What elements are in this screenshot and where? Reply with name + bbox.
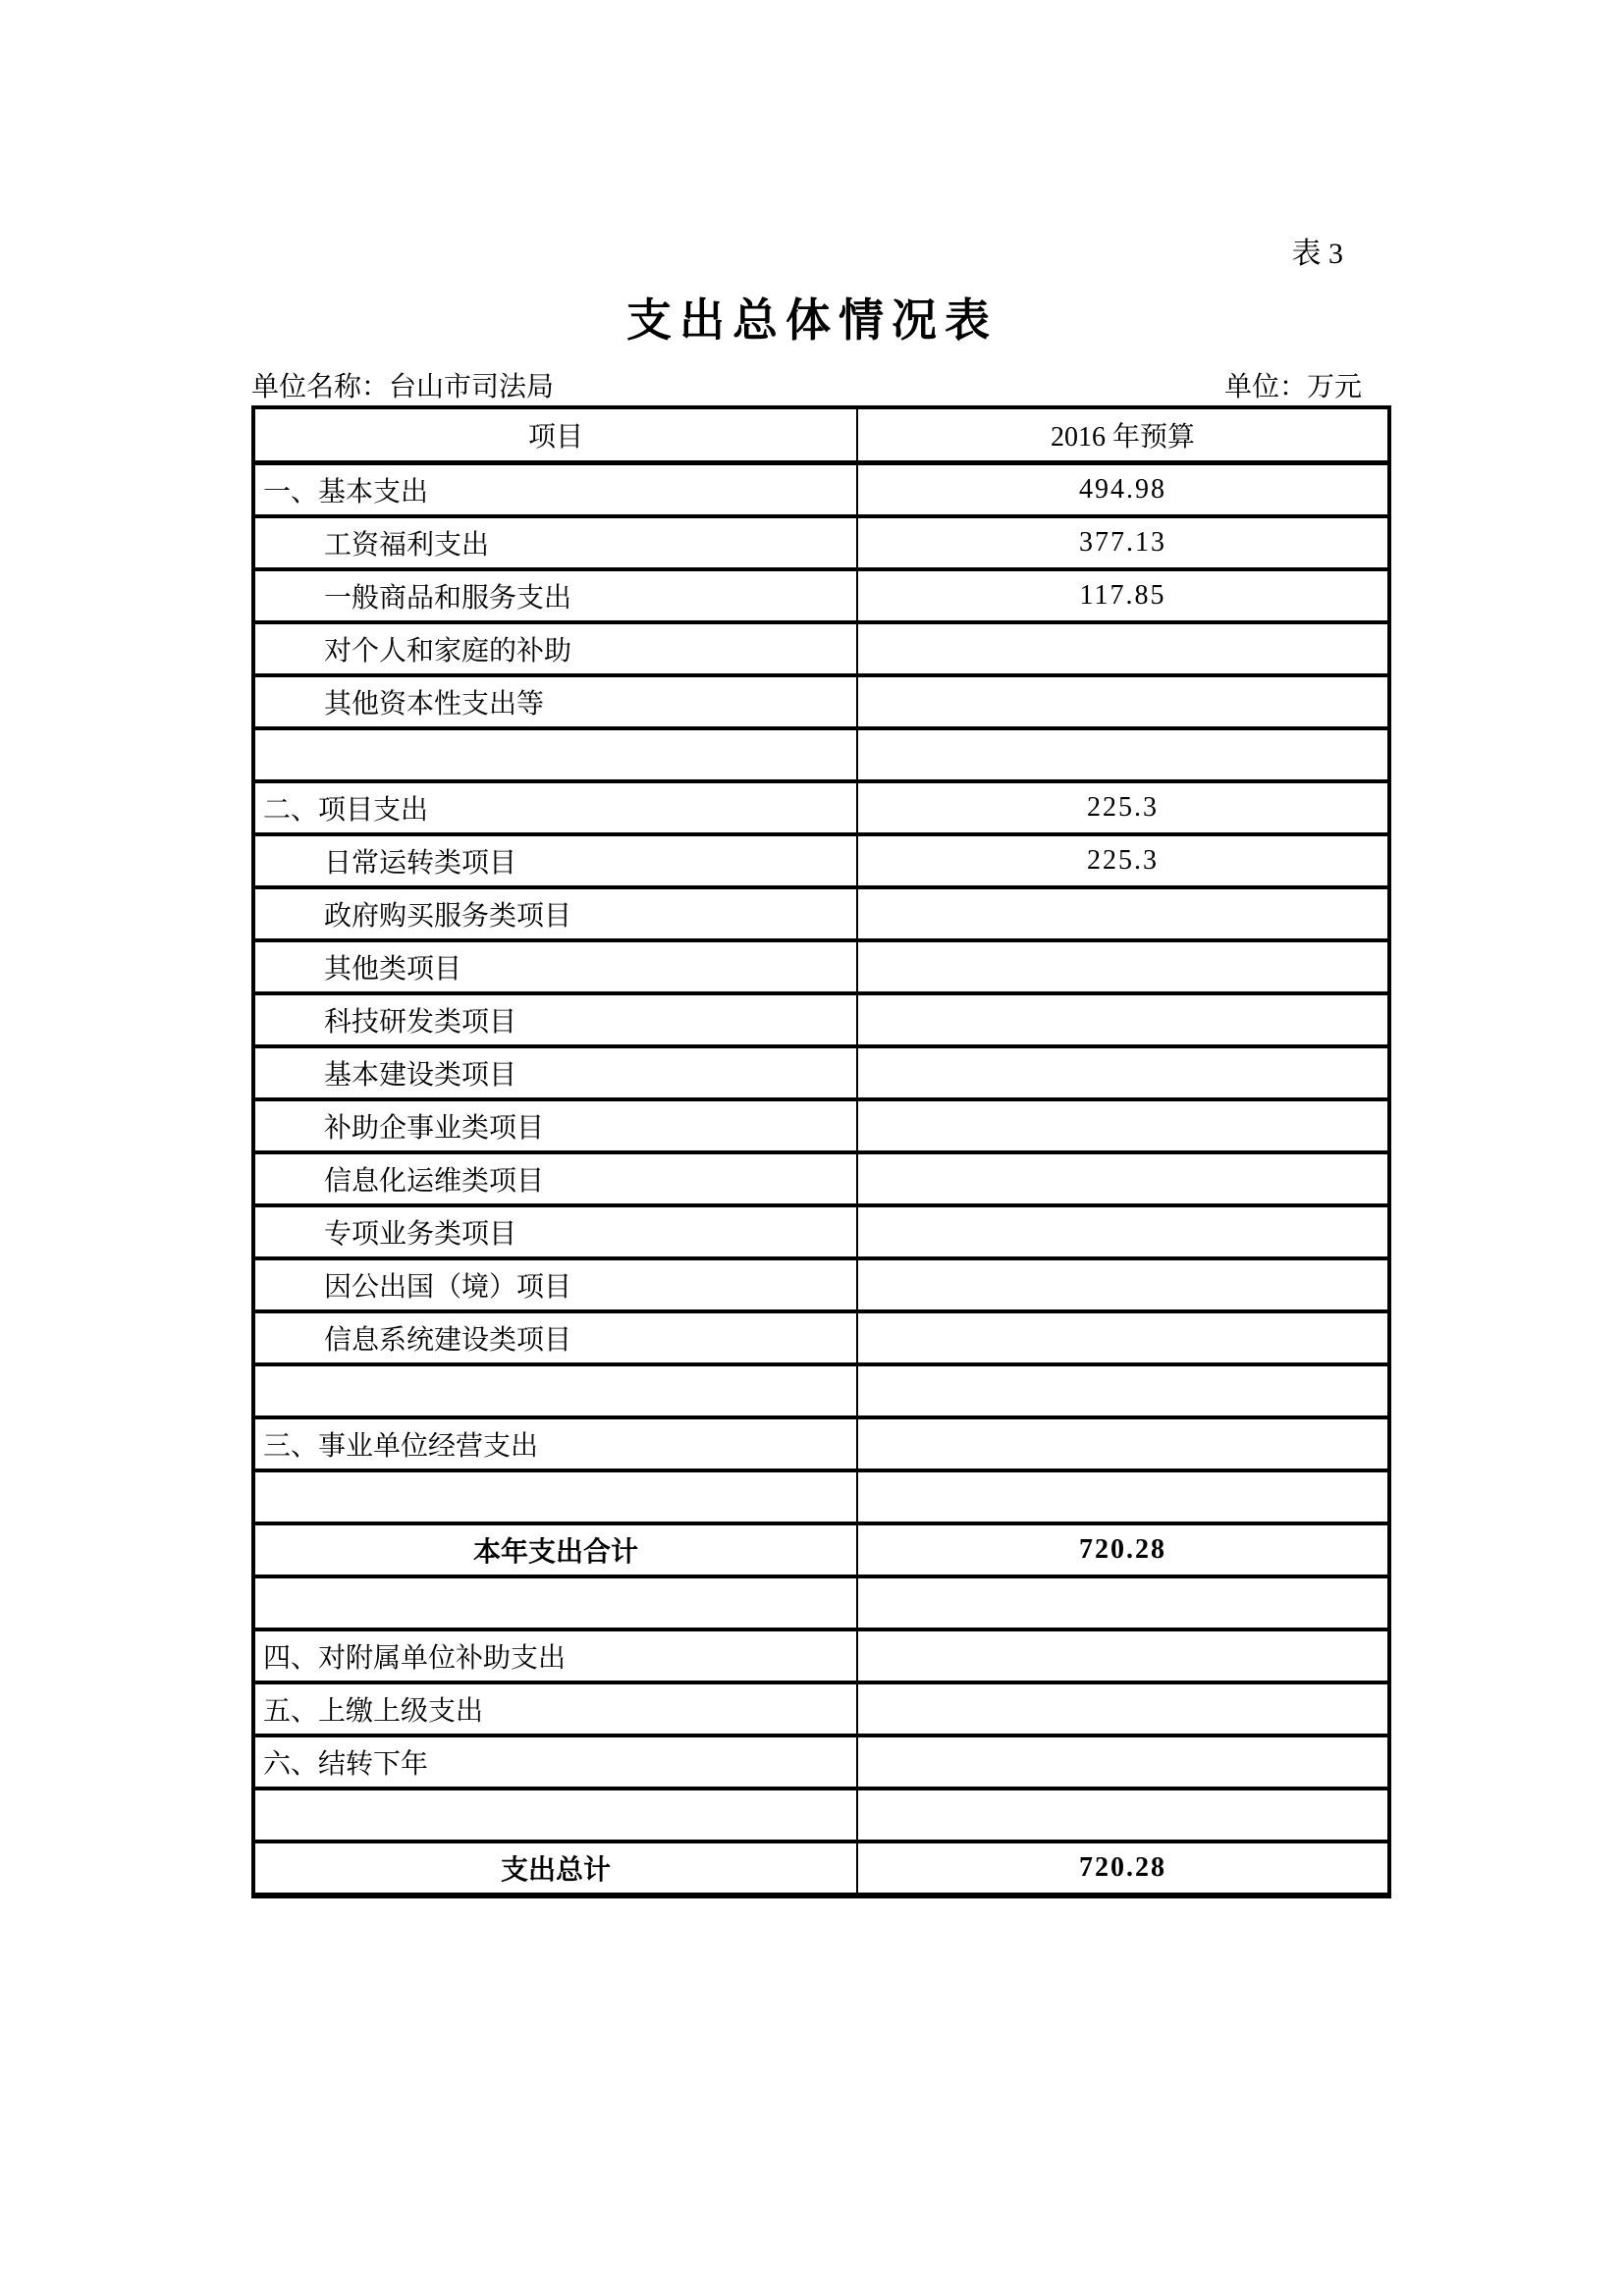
row-label-cell: 工资福利支出	[253, 516, 857, 569]
table-row	[253, 1576, 1389, 1629]
table-row: 其他资本性支出等	[253, 675, 1389, 728]
row-value-cell	[857, 887, 1389, 940]
row-label-cell: 信息化运维类项目	[253, 1152, 857, 1205]
table-row: 日常运转类项目 225.3	[253, 834, 1389, 887]
table-row: 一、基本支出 494.98	[253, 463, 1389, 517]
page-title: 支出总体情况表	[0, 285, 1624, 349]
row-value-cell	[857, 728, 1389, 781]
row-label: 信息系统建设类项目	[255, 1318, 571, 1358]
row-value-cell	[857, 1099, 1389, 1152]
row-value-cell	[857, 675, 1389, 728]
row-label-cell: 四、对附属单位补助支出	[253, 1629, 857, 1682]
row-value-cell	[857, 1470, 1389, 1523]
table-row: 五、上缴上级支出	[253, 1682, 1389, 1735]
row-label-cell: 三、事业单位经营支出	[253, 1417, 857, 1470]
row-label: 对个人和家庭的补助	[255, 629, 571, 668]
table-row: 二、项目支出 225.3	[253, 781, 1389, 834]
row-label: 补助企事业类项目	[255, 1106, 544, 1146]
row-label: 三、事业单位经营支出	[255, 1424, 538, 1464]
row-label: 五、上缴上级支出	[255, 1689, 483, 1729]
document-page: 表 3 支出总体情况表 单位名称：台山市司法局 单位：万元 项目 2016 年预…	[0, 0, 1624, 2296]
table-row: 因公出国（境）项目	[253, 1258, 1389, 1311]
row-label-cell: 其他资本性支出等	[253, 675, 857, 728]
row-label: 科技研发类项目	[255, 1000, 516, 1040]
row-label-cell: 政府购买服务类项目	[253, 887, 857, 940]
header-budget-column: 2016 年预算	[857, 407, 1389, 463]
row-label-cell: 基本建设类项目	[253, 1046, 857, 1099]
row-label: 基本建设类项目	[255, 1053, 516, 1093]
table-row	[253, 1789, 1389, 1842]
table-row: 基本建设类项目	[253, 1046, 1389, 1099]
unit-name-label: 单位名称：台山市司法局	[251, 365, 554, 404]
table-row: 信息化运维类项目	[253, 1152, 1389, 1205]
table-row: 政府购买服务类项目	[253, 887, 1389, 940]
table-row: 六、结转下年	[253, 1735, 1389, 1789]
row-value-cell: 225.3	[857, 781, 1389, 834]
table-row: 对个人和家庭的补助	[253, 622, 1389, 675]
table-row: 四、对附属单位补助支出	[253, 1629, 1389, 1682]
row-value-cell	[857, 1789, 1389, 1842]
row-label-cell: 一般商品和服务支出	[253, 569, 857, 622]
table-row	[253, 728, 1389, 781]
row-label-cell: 补助企事业类项目	[253, 1099, 857, 1152]
row-label-cell: 日常运转类项目	[253, 834, 857, 887]
row-value-cell	[857, 1576, 1389, 1629]
table-body: 一、基本支出 494.98 工资福利支出 377.13 一般商品和服务支出 11…	[253, 463, 1389, 1896]
row-label-cell: 本年支出合计	[253, 1523, 857, 1576]
row-value-cell	[857, 1364, 1389, 1417]
row-value-cell	[857, 1629, 1389, 1682]
row-label: 支出总计	[501, 1848, 611, 1888]
table-row: 科技研发类项目	[253, 993, 1389, 1046]
row-label-cell: 一、基本支出	[253, 463, 857, 517]
row-label-cell	[253, 1364, 857, 1417]
row-label-cell: 科技研发类项目	[253, 993, 857, 1046]
row-value-cell	[857, 1258, 1389, 1311]
row-value-cell: 720.28	[857, 1842, 1389, 1896]
table-row: 其他类项目	[253, 940, 1389, 993]
row-value-cell	[857, 1682, 1389, 1735]
row-label: 一、基本支出	[255, 470, 428, 509]
table-row: 信息系统建设类项目	[253, 1311, 1389, 1364]
row-label: 政府购买服务类项目	[255, 894, 571, 934]
table-row: 支出总计 720.28	[253, 1842, 1389, 1896]
row-label-cell	[253, 1576, 857, 1629]
row-label: 二、项目支出	[255, 788, 428, 828]
row-value-cell	[857, 1417, 1389, 1470]
row-label-cell	[253, 728, 857, 781]
row-label: 其他类项目	[255, 947, 461, 987]
row-value-cell	[857, 1046, 1389, 1099]
row-label-cell: 因公出国（境）项目	[253, 1258, 857, 1311]
row-label-cell: 对个人和家庭的补助	[253, 622, 857, 675]
row-label: 工资福利支出	[255, 523, 489, 562]
row-label: 六、结转下年	[255, 1742, 428, 1782]
row-value-cell	[857, 993, 1389, 1046]
row-value-cell	[857, 1311, 1389, 1364]
row-label: 日常运转类项目	[255, 841, 516, 881]
row-value-cell	[857, 1205, 1389, 1258]
row-value-cell	[857, 622, 1389, 675]
row-label-cell: 五、上缴上级支出	[253, 1682, 857, 1735]
table-row: 工资福利支出 377.13	[253, 516, 1389, 569]
row-label: 一般商品和服务支出	[255, 576, 571, 615]
table-row	[253, 1470, 1389, 1523]
meta-row: 单位名称：台山市司法局 单位：万元	[251, 365, 1387, 404]
row-label-cell	[253, 1470, 857, 1523]
row-label: 四、对附属单位补助支出	[255, 1636, 566, 1676]
row-label: 因公出国（境）项目	[255, 1265, 571, 1305]
table-header-row: 项目 2016 年预算	[253, 407, 1389, 463]
row-label-cell: 信息系统建设类项目	[253, 1311, 857, 1364]
row-label-cell: 支出总计	[253, 1842, 857, 1896]
currency-unit-label: 单位：万元	[1224, 365, 1387, 404]
table-row: 本年支出合计 720.28	[253, 1523, 1389, 1576]
table-row: 三、事业单位经营支出	[253, 1417, 1389, 1470]
row-value-cell: 225.3	[857, 834, 1389, 887]
row-value-cell: 720.28	[857, 1523, 1389, 1576]
table-row	[253, 1364, 1389, 1417]
row-label: 信息化运维类项目	[255, 1159, 544, 1199]
row-label-cell: 六、结转下年	[253, 1735, 857, 1789]
row-value-cell: 377.13	[857, 516, 1389, 569]
table-number-tag: 表 3	[0, 229, 1343, 272]
row-value-cell: 117.85	[857, 569, 1389, 622]
row-label: 本年支出合计	[473, 1530, 638, 1570]
row-label: 专项业务类项目	[255, 1212, 516, 1252]
row-value-cell: 494.98	[857, 463, 1389, 517]
expenditure-table: 项目 2016 年预算 一、基本支出 494.98 工资福利支出 377.13 …	[251, 405, 1391, 1898]
row-value-cell	[857, 1735, 1389, 1789]
table-row: 专项业务类项目	[253, 1205, 1389, 1258]
table-row: 补助企事业类项目	[253, 1099, 1389, 1152]
row-value-cell	[857, 1152, 1389, 1205]
row-value-cell	[857, 940, 1389, 993]
row-label-cell	[253, 1789, 857, 1842]
header-item-column: 项目	[253, 407, 857, 463]
table-row: 一般商品和服务支出 117.85	[253, 569, 1389, 622]
row-label: 其他资本性支出等	[255, 682, 544, 721]
row-label-cell: 二、项目支出	[253, 781, 857, 834]
row-label-cell: 专项业务类项目	[253, 1205, 857, 1258]
row-label-cell: 其他类项目	[253, 940, 857, 993]
